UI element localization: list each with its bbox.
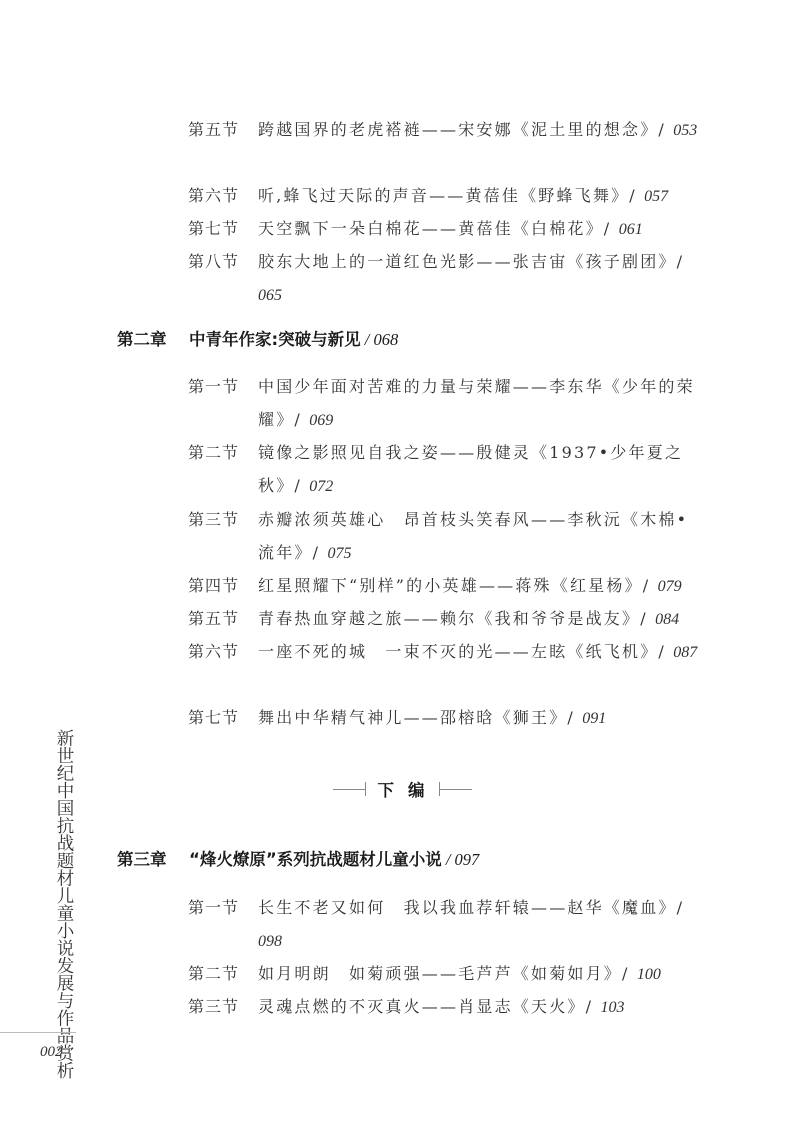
toc-entry[interactable]: 第七节 天空飘下一朵白棉花——黄蓓佳《白棉花》/ 061 xyxy=(188,212,698,246)
section-number: 第一节 xyxy=(188,370,239,403)
divider-tick-left xyxy=(365,782,366,796)
section-number: 第二节 xyxy=(188,957,239,990)
divider-line-right xyxy=(440,789,472,790)
toc-entry[interactable]: 第五节 跨越国界的老虎褡裢——宋安娜《泥土里的想念》/ 053 xyxy=(188,113,698,147)
page-number: 072 xyxy=(309,478,333,495)
section-title: 赤瓣浓须英雄心 昂首枝头笑春风——李秋沅《木棉•流年》/ xyxy=(258,510,688,562)
section-title: 灵魂点燃的不灭真火——肖显志《天火》/ xyxy=(258,997,600,1016)
toc-entry[interactable]: 第一节 长生不老又如何 我以我血荐轩辕——赵华《魔血》/ 098 xyxy=(188,891,698,958)
section-number: 第六节 xyxy=(188,179,239,212)
page-number: 097 xyxy=(455,850,480,869)
chapter-heading-3[interactable]: 第三章“烽火燎原”系列抗战题材儿童小说 / 097 xyxy=(117,843,707,876)
chapter-number: 第三章 xyxy=(117,843,189,876)
part-divider: 下编 xyxy=(327,778,477,800)
running-title: 新世纪中国抗战题材儿童小说发展与作品赏析 xyxy=(50,729,72,1079)
section-title: 舞出中华精气神儿——邵榕晗《狮王》/ xyxy=(258,708,582,727)
margin-rule xyxy=(0,1032,76,1033)
toc-entry[interactable]: 第七节 舞出中华精气神儿——邵榕晗《狮王》/ 091 xyxy=(188,701,698,735)
page-number: 065 xyxy=(258,287,282,304)
section-number: 第三节 xyxy=(188,990,239,1023)
section-number: 第三节 xyxy=(188,503,239,536)
toc-entry[interactable]: 第三节 灵魂点燃的不灭真火——肖显志《天火》/ 103 xyxy=(188,990,698,1024)
section-title: 天空飘下一朵白棉花——黄蓓佳《白棉花》/ xyxy=(258,219,619,238)
page-number: 053 xyxy=(673,122,697,139)
page-number: 075 xyxy=(327,545,351,562)
toc-entry[interactable]: 第三节 赤瓣浓须英雄心 昂首枝头笑春风——李秋沅《木棉•流年》/ 075 xyxy=(188,503,698,570)
section-title: 红星照耀下“别样”的小英雄——蒋殊《红星杨》/ xyxy=(258,576,658,595)
folio-page-number: 002 xyxy=(40,1044,63,1061)
part-label: 下编 xyxy=(378,777,439,801)
toc-entry[interactable]: 第一节 中国少年面对苦难的力量与荣耀——李东华《少年的荣耀》/ 069 xyxy=(188,370,698,437)
section-title: 跨越国界的老虎褡裢——宋安娜《泥土里的想念》/ xyxy=(258,120,673,139)
section-number: 第二节 xyxy=(188,436,239,469)
chapter-number: 第二章 xyxy=(117,323,189,356)
section-title: 胶东大地上的一道红色光影——张吉宙《孩子剧团》/ xyxy=(258,252,684,271)
toc-entry[interactable]: 第五节 青春热血穿越之旅——赖尔《我和爷爷是战友》/ 084 xyxy=(188,602,698,636)
toc-entry[interactable]: 第八节 胶东大地上的一道红色光影——张吉宙《孩子剧团》/ 065 xyxy=(188,245,698,312)
section-number: 第八节 xyxy=(188,245,239,278)
page-number: 087 xyxy=(673,644,697,661)
toc-entry[interactable]: 第二节 如月明朗 如菊顽强——毛芦芦《如菊如月》/ 100 xyxy=(188,957,698,991)
section-title: 长生不老又如何 我以我血荐轩辕——赵华《魔血》/ xyxy=(258,898,684,917)
section-number: 第一节 xyxy=(188,891,239,924)
toc-entry[interactable]: 第六节 听,蜂飞过天际的声音——黄蓓佳《野蜂飞舞》/ 057 xyxy=(188,179,698,213)
page-number: 061 xyxy=(619,221,643,238)
section-number: 第五节 xyxy=(188,113,239,146)
section-title: 青春热血穿越之旅——赖尔《我和爷爷是战友》/ xyxy=(258,609,655,628)
page-number: 098 xyxy=(258,933,282,950)
section-number: 第七节 xyxy=(188,701,239,734)
section-title: 听,蜂飞过天际的声音——黄蓓佳《野蜂飞舞》/ xyxy=(258,186,644,205)
page-number: 069 xyxy=(309,412,333,429)
section-title: 如月明朗 如菊顽强——毛芦芦《如菊如月》/ xyxy=(258,964,637,983)
section-title: 一座不死的城 一束不灭的光——左眩《纸飞机》/ xyxy=(258,642,673,661)
page-number: 100 xyxy=(637,966,661,983)
toc-entry[interactable]: 第二节 镜像之影照见自我之姿——殷健灵《1937•少年夏之秋》/ 072 xyxy=(188,436,698,503)
page-separator: / xyxy=(442,850,455,869)
section-number: 第五节 xyxy=(188,602,239,635)
page-number: 091 xyxy=(582,710,606,727)
toc-entry[interactable]: 第四节 红星照耀下“别样”的小英雄——蒋殊《红星杨》/ 079 xyxy=(188,569,698,603)
page-number: 068 xyxy=(373,330,398,349)
page-number: 103 xyxy=(600,999,624,1016)
page-number: 057 xyxy=(644,188,668,205)
divider-line-left xyxy=(333,789,365,790)
section-number: 第四节 xyxy=(188,569,239,602)
toc-entry[interactable]: 第六节 一座不死的城 一束不灭的光——左眩《纸飞机》/ 087 xyxy=(188,635,698,669)
page-number: 084 xyxy=(655,611,679,628)
section-number: 第七节 xyxy=(188,212,239,245)
chapter-title: 中青年作家:突破与新见 xyxy=(189,330,361,349)
chapter-heading-2[interactable]: 第二章中青年作家:突破与新见 / 068 xyxy=(117,323,707,356)
chapter-title: “烽火燎原”系列抗战题材儿童小说 xyxy=(189,850,442,869)
page-separator: / xyxy=(361,330,374,349)
page-number: 079 xyxy=(658,578,682,595)
section-number: 第六节 xyxy=(188,635,239,668)
